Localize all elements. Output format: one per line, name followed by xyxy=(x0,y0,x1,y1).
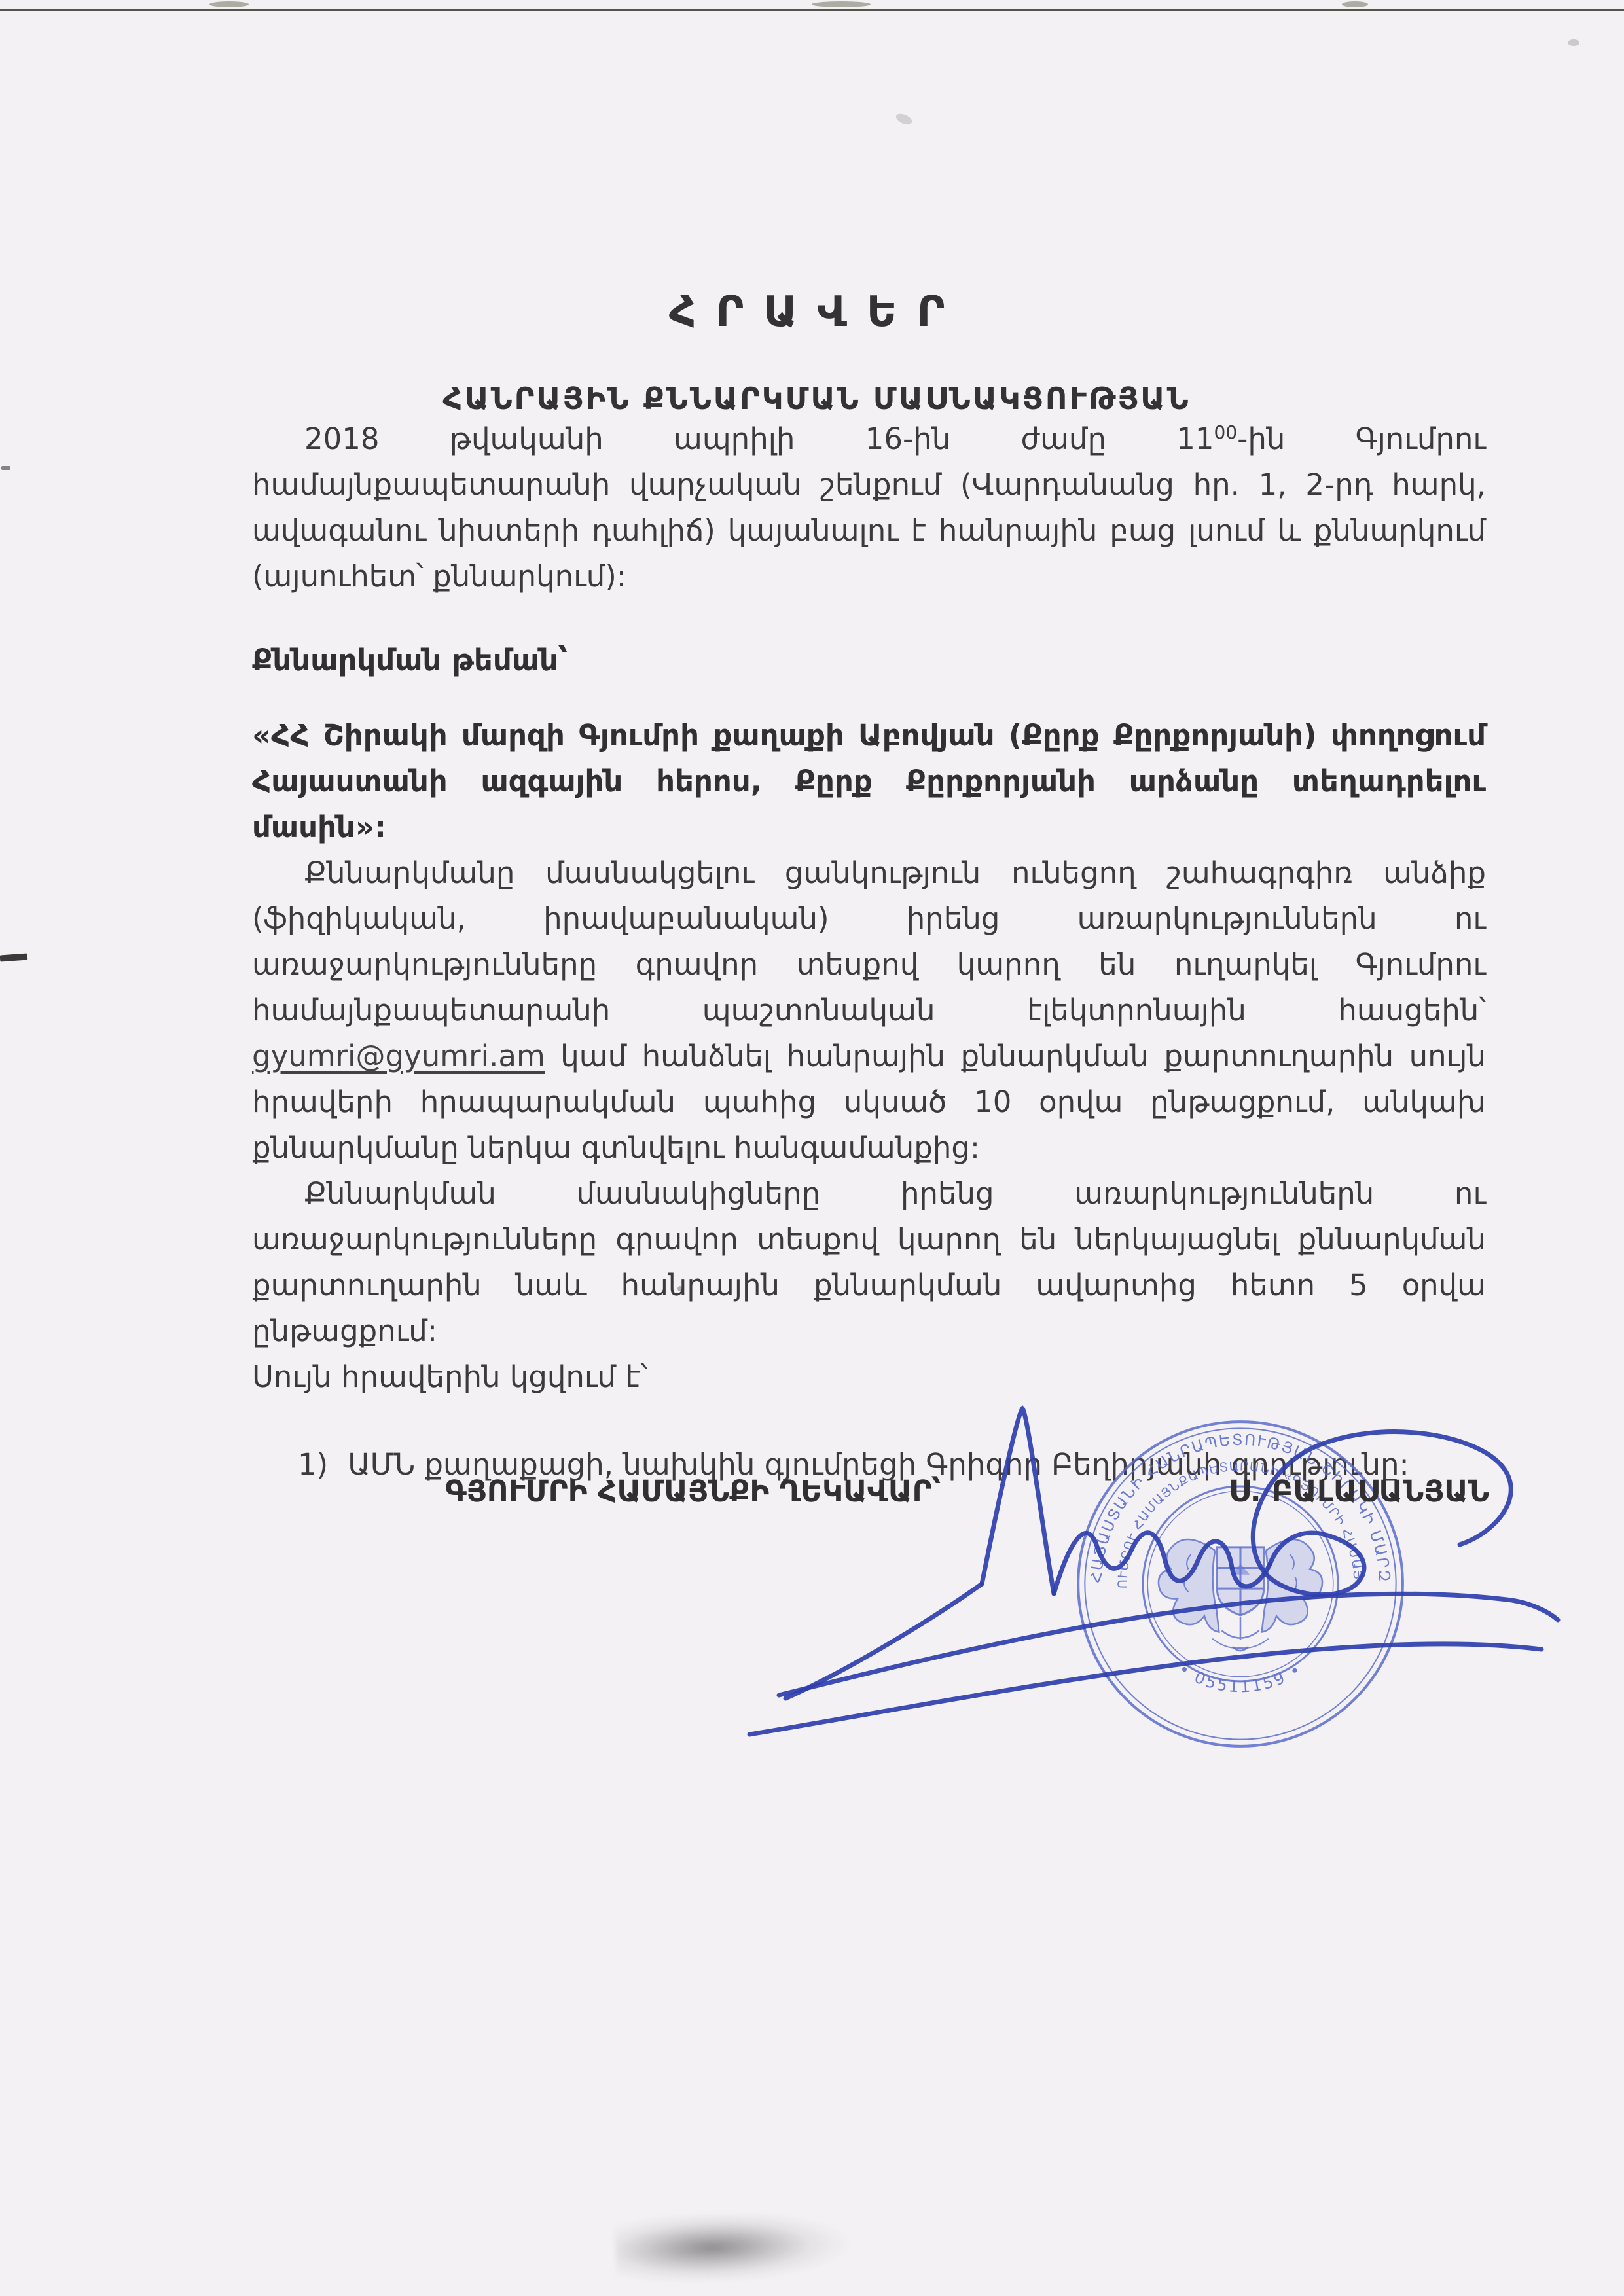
page-subtitle: ՀԱՆՐԱՅԻՆ ՔՆՆԱՐԿՄԱՆ ՄԱՍՆԱԿՑՈՒԹՅԱՆ xyxy=(200,381,1434,416)
email-link[interactable]: gyumri@gyumri.am xyxy=(252,1039,545,1073)
scan-blotch xyxy=(209,1,249,7)
signature-row: ԳՅՈՒՄՐԻ ՀԱՄԱՅՆՔԻ ՂԵԿԱՎԱՐ՝ Ս. ԲԱԼԱՍԱՆՅԱՆ xyxy=(252,1474,1489,1509)
edge-pen-mark xyxy=(1,466,10,470)
attachments-label: Սույն հրավերին կցվում է՝ xyxy=(252,1354,1486,1400)
paragraph-topic: «ՀՀ Շիրակի մարզի Գյումրի քաղաքի Աբովյան … xyxy=(252,713,1486,850)
document-body: ՀՐԱՎԵՐ ՀԱՆՐԱՅԻՆ ՔՆՆԱՐԿՄԱՆ ՄԱՍՆԱԿՑՈՒԹՅԱՆ … xyxy=(252,0,1486,1488)
topic-label: Քննարկման թեման՝ xyxy=(252,637,1486,683)
paragraph-intro: 2018 թվականի ապրիլի 16-ին ժամը 1100-ին Գ… xyxy=(252,416,1486,600)
pencil-smudge xyxy=(614,2206,963,2284)
municipal-stamp: ՀԱՅԱՍՏԱՆԻ ՀԱՆՐԱՊԵՏՈՒԹՅԱՆ ՇԻՐԱԿԻ ՄԱՐԶ ԳՅՈ… xyxy=(1074,1417,1407,1751)
stamp-graphic: ՀԱՅԱՍՏԱՆԻ ՀԱՆՐԱՊԵՏՈՒԹՅԱՆ ՇԻՐԱԿԻ ՄԱՐԶ ԳՅՈ… xyxy=(1074,1417,1407,1751)
intro-text-start: 2018 թվականի ապրիլի 16-ին ժամը 11 xyxy=(304,422,1214,456)
scanned-document-page: ՀԱՅԱՍՏԱՆԻ ՀԱՆՐԱՊԵՏՈՒԹՅԱՆ ՇԻՐԱԿԻ ՄԱՐԶ ԳՅՈ… xyxy=(0,0,1624,2296)
coat-of-arms xyxy=(1159,1539,1322,1651)
edge-pen-mark xyxy=(0,954,27,962)
intro-hours-superscript: 00 xyxy=(1214,422,1238,443)
signer-role: ԳՅՈՒՄՐԻ ՀԱՄԱՅՆՔԻ ՂԵԿԱՎԱՐ՝ xyxy=(445,1474,941,1509)
page-title: ՀՐԱՎԵՐ xyxy=(200,288,1434,336)
paper-speck xyxy=(1568,39,1579,46)
paragraph-after-hearing: Քննարկման մասնակիցները իրենց առարկությու… xyxy=(252,1171,1486,1354)
signer-name: Ս. ԲԱԼԱՍԱՆՅԱՆ xyxy=(1229,1474,1489,1509)
document-header: ՀՐԱՎԵՐ ՀԱՆՐԱՅԻՆ ՔՆՆԱՐԿՄԱՆ ՄԱՍՆԱԿՑՈՒԹՅԱՆ xyxy=(200,288,1434,416)
participation-text-start: Քննարկմանը մասնակցելու ցանկություն ունեց… xyxy=(252,855,1486,1028)
paragraph-participation: Քննարկմանը մասնակցելու ցանկություն ունեց… xyxy=(252,850,1486,1171)
